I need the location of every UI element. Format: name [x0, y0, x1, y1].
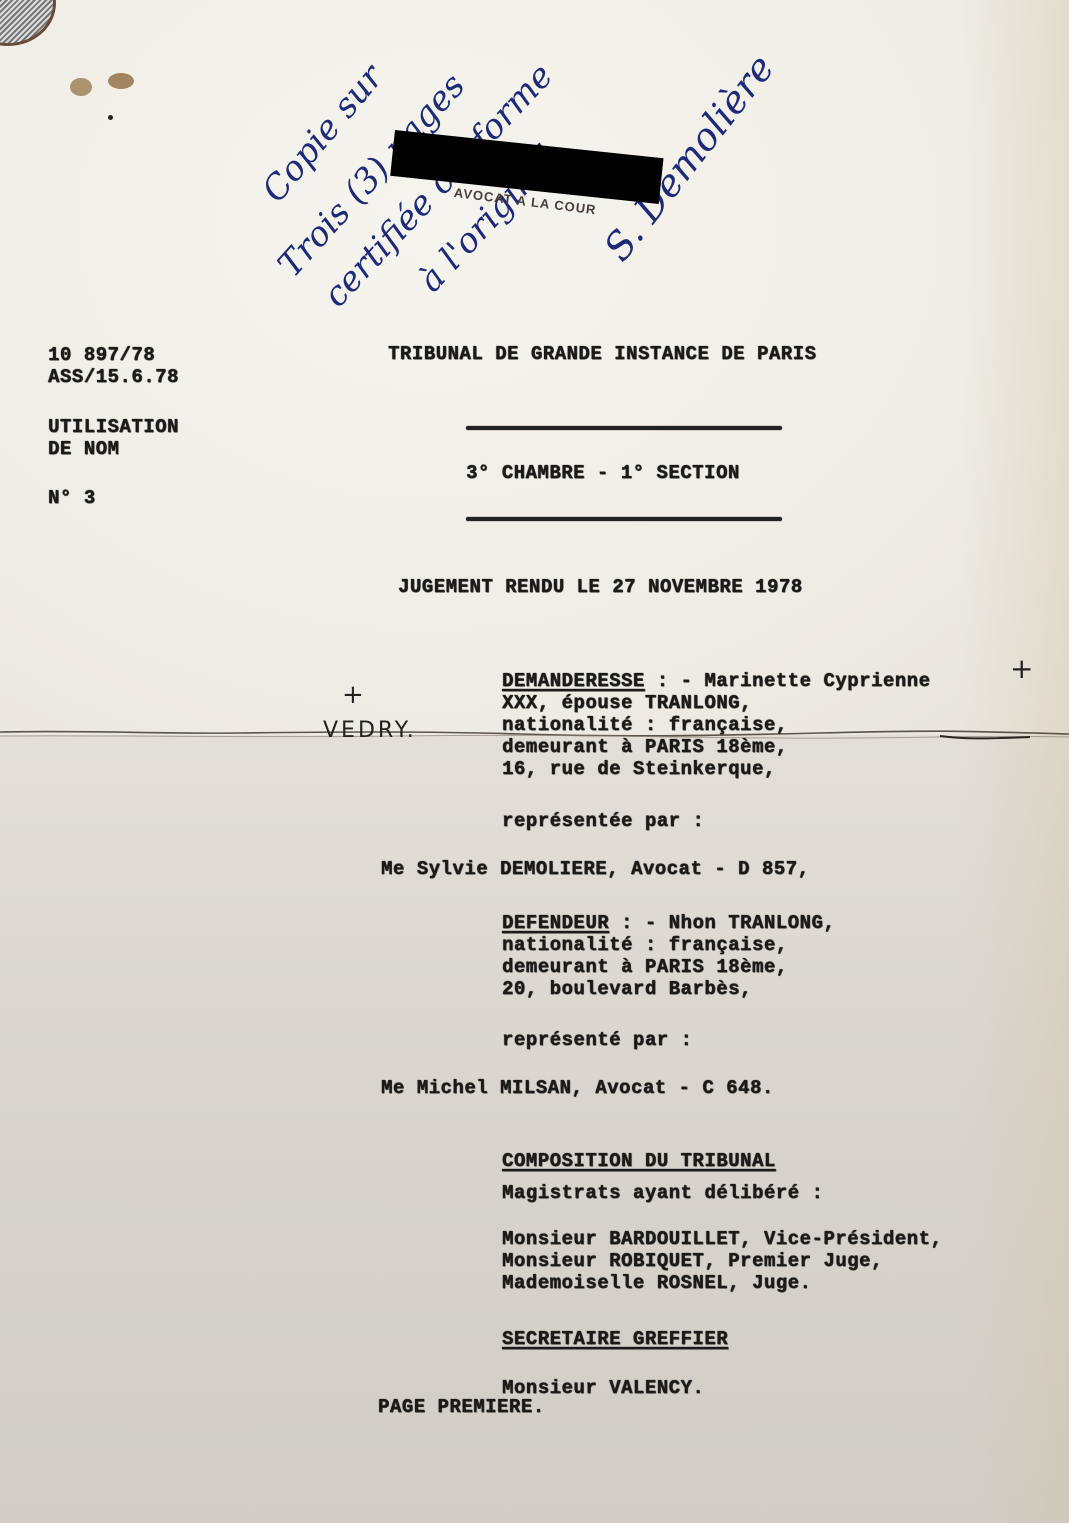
case-number: 10 897/78 [48, 344, 155, 366]
margin-cross: + [342, 680, 364, 710]
plaintiff-lawyer: Me Sylvie DEMOLIERE, Avocat - D 857, [381, 858, 809, 880]
defendant-residence: demeurant à PARIS 18ème, [502, 956, 788, 978]
magistrate-2: Monsieur ROBIQUET, Premier Juge, [502, 1250, 883, 1272]
defendant-represented-by: représenté par : [502, 1029, 692, 1051]
case-reference: ASS/15.6.78 [48, 366, 179, 388]
plaintiff-nationality: nationalité : française, [502, 714, 788, 736]
plaintiff-represented-by: représentée par : [502, 810, 704, 832]
plaintiff-line-2: XXX, épouse TRANLONG, [502, 692, 752, 714]
judgment-date: JUGEMENT RENDU LE 27 NOVEMBRE 1978 [398, 576, 803, 598]
defendant-name: Nhon TRANLONG, [669, 912, 836, 934]
right-margin-cross: + [1010, 652, 1033, 685]
defendant-separator: : - [609, 912, 669, 934]
composition-heading: COMPOSITION DU TRIBUNAL [502, 1150, 776, 1172]
plaintiff-residence: demeurant à PARIS 18ème, [502, 736, 788, 758]
ink-dot [108, 115, 113, 120]
court-title: TRIBUNAL DE GRANDE INSTANCE DE PARIS [388, 343, 816, 365]
plaintiff-address: 16, rue de Steinkerque, [502, 758, 776, 780]
rust-stain [70, 78, 92, 96]
plaintiff-label: DEMANDERESSE [502, 670, 645, 692]
page-label: PAGE PREMIERE. [378, 1396, 545, 1418]
defendant-nationality: nationalité : française, [502, 934, 788, 956]
magistrate-1: Monsieur BARDOUILLET, Vice-Président, [502, 1228, 942, 1250]
document-number: N° 3 [48, 487, 96, 509]
composition-intro: Magistrats ayant délibéré : [502, 1182, 823, 1204]
defendant-address: 20, boulevard Barbès, [502, 978, 752, 1000]
defendant-label: DEFENDEUR [502, 912, 609, 934]
margin-name-annotation: VEDRY. [323, 718, 417, 743]
defendant-lawyer: Me Michel MILSAN, Avocat - C 648. [381, 1077, 774, 1099]
divider-top [466, 426, 782, 430]
chamber-section: 3° CHAMBRE - 1° SECTION [466, 462, 740, 484]
divider-bottom [466, 517, 782, 521]
defendant-line-1: DEFENDEUR : - Nhon TRANLONG, [502, 912, 835, 934]
rust-stain [108, 73, 134, 89]
magistrate-3: Mademoiselle ROSNEL, Juge. [502, 1272, 811, 1294]
paper-edge-shading [959, 0, 1069, 1523]
subject-line-1: UTILISATION [48, 416, 179, 438]
clerk-heading: SECRETAIRE GREFFIER [502, 1328, 728, 1350]
plaintiff-line-1: DEMANDERESSE : - Marinette Cyprienne [502, 670, 930, 692]
subject-line-2: DE NOM [48, 438, 119, 460]
plaintiff-name: Marinette Cyprienne [704, 670, 930, 692]
plaintiff-separator: : - [645, 670, 705, 692]
